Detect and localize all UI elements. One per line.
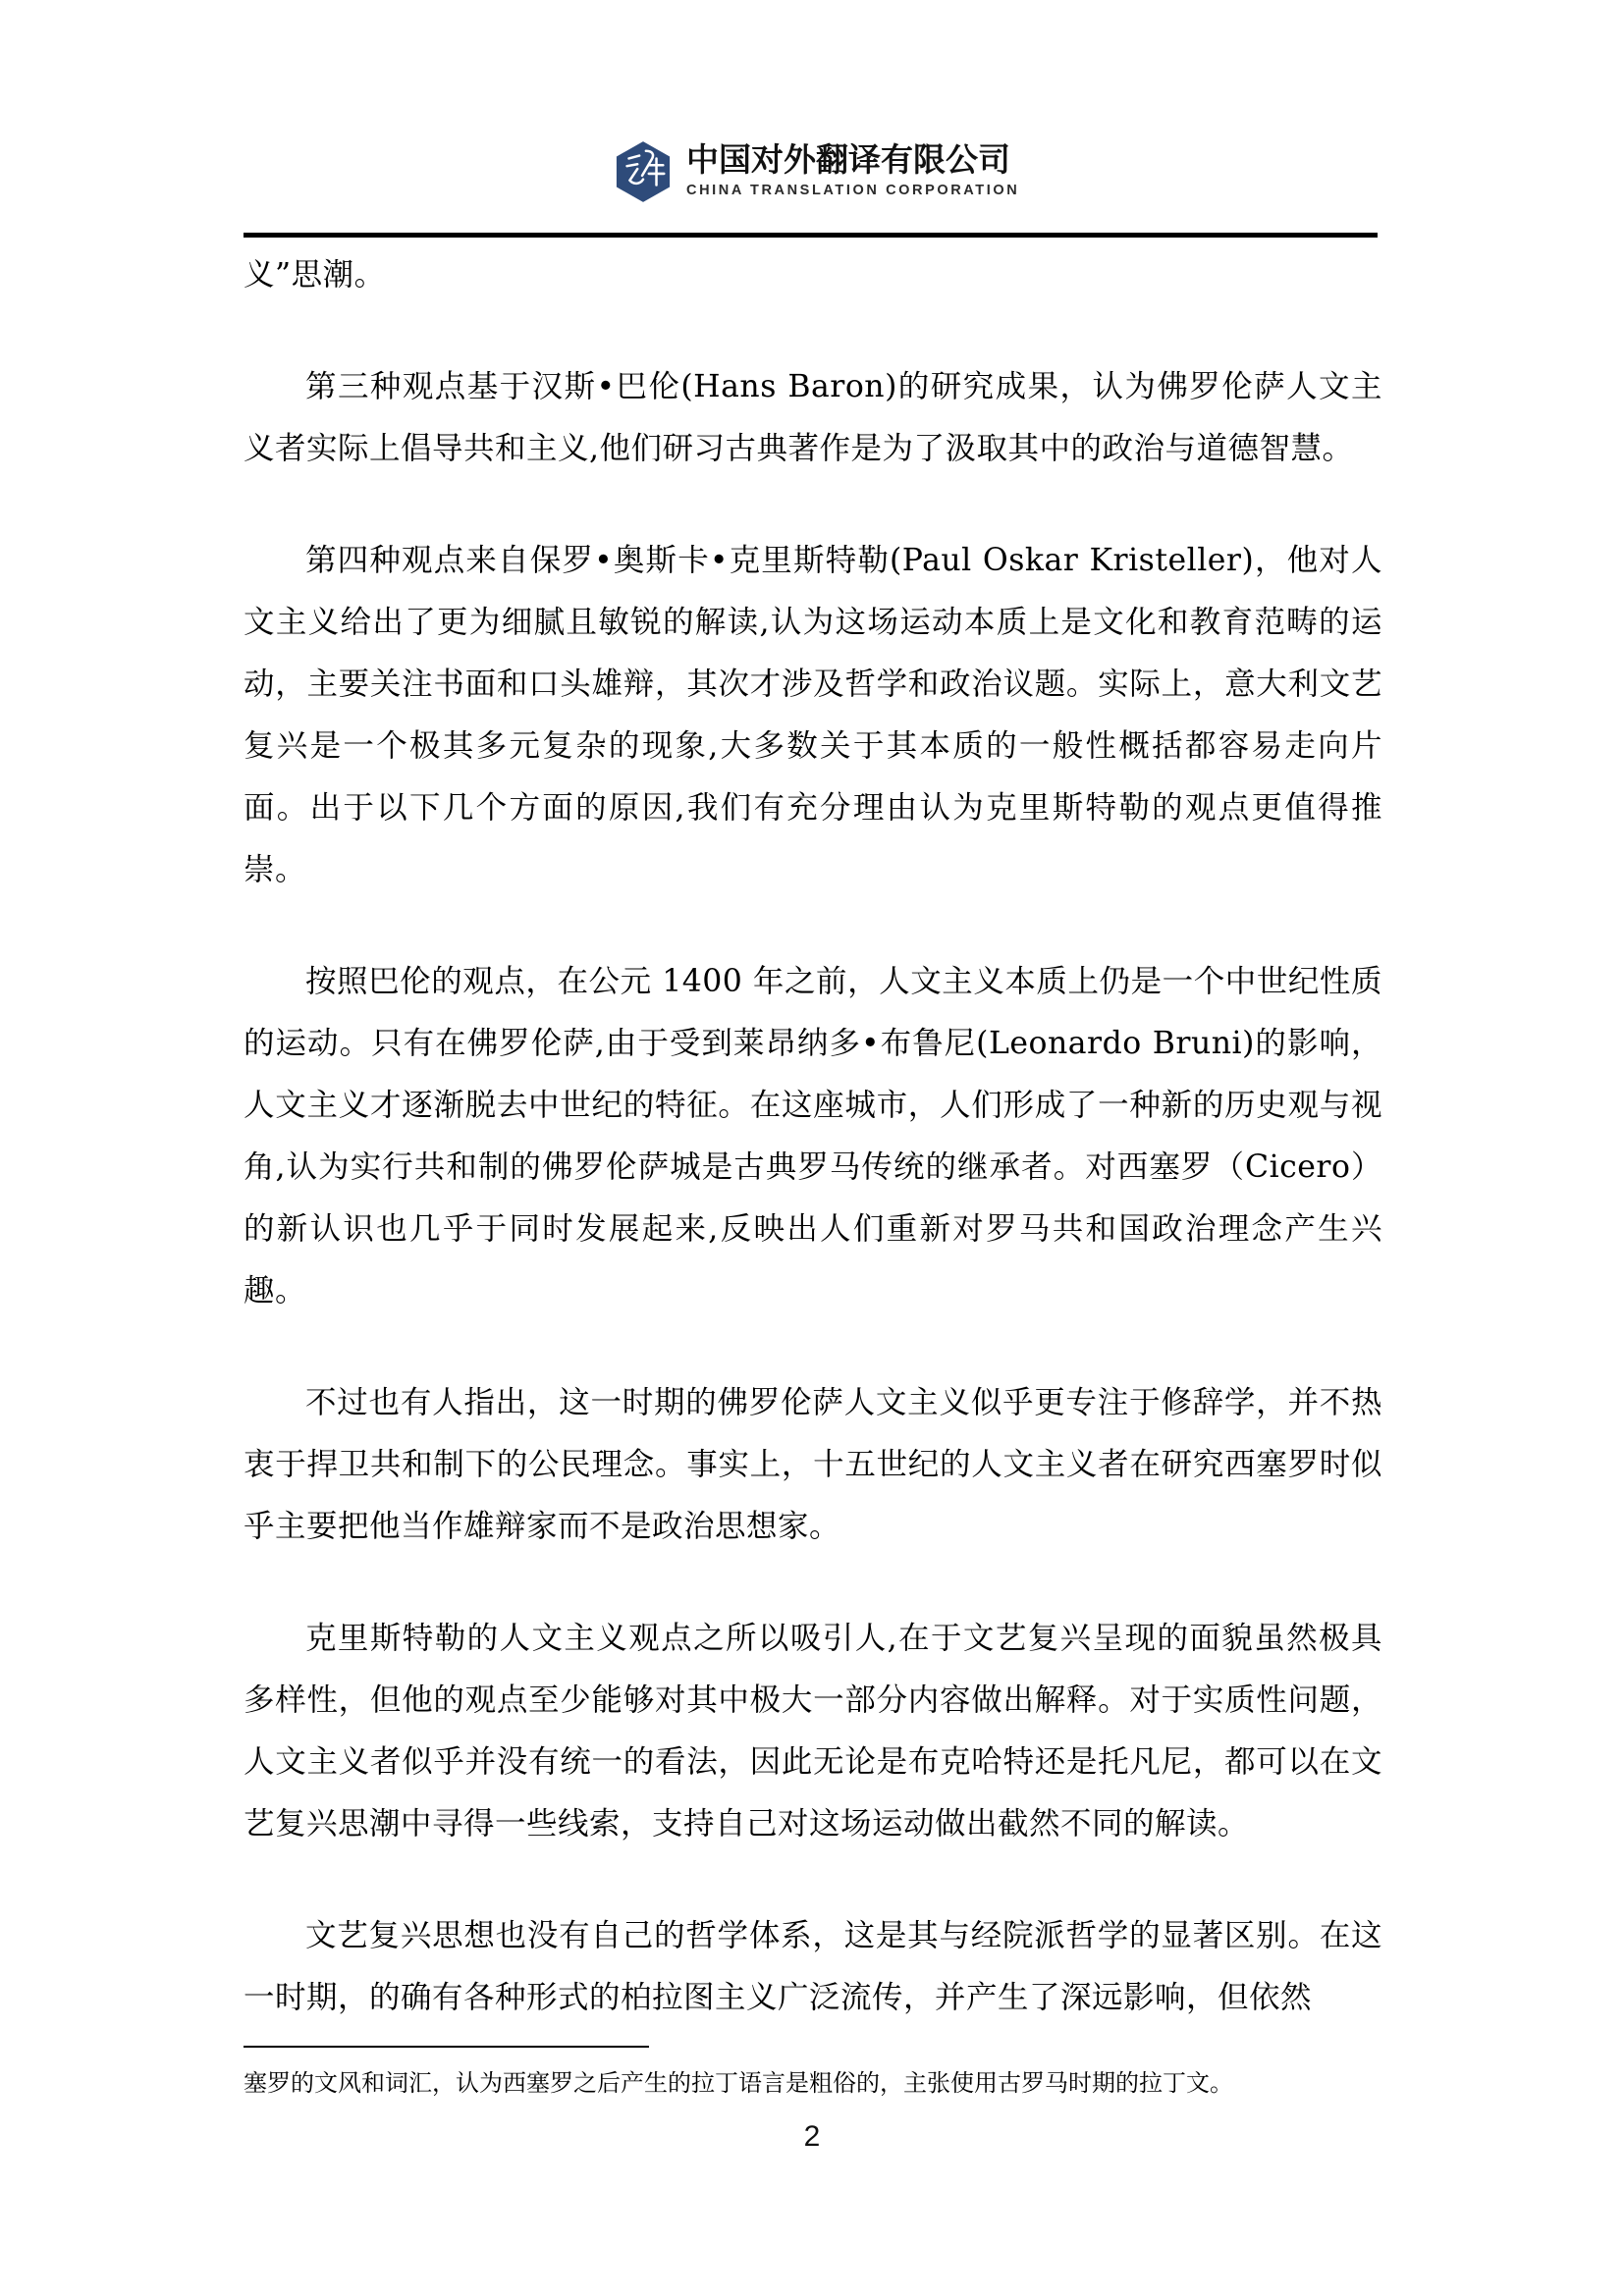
document-page: 中国对外翻译有限公司 CHINA TRANSLATION CORPORATION… xyxy=(0,0,1624,2296)
paragraph: 文艺复兴思想也没有自己的哲学体系，这是其与经院派哲学的显著区别。在这一时期，的确… xyxy=(244,1905,1382,2029)
paragraph: 克里斯特勒的人文主义观点之所以吸引人,在于文艺复兴呈现的面貌虽然极具多样性，但他… xyxy=(244,1608,1382,1855)
header-logo: 中国对外翻译有限公司 CHINA TRANSLATION CORPORATION xyxy=(615,140,1019,203)
document-body: 义”思潮。 第三种观点基于汉斯•巴伦(Hans Baron)的研究成果，认为佛罗… xyxy=(244,238,1382,2029)
footnote-text: 塞罗的文风和词汇，认为西塞罗之后产生的拉丁语言是粗俗的，主张使用古罗马时期的拉丁… xyxy=(244,2065,1382,2101)
paragraph: 不过也有人指出，这一时期的佛罗伦萨人文主义似乎更专注于修辞学，并不热衷于捍卫共和… xyxy=(244,1372,1382,1558)
company-name-en: CHINA TRANSLATION CORPORATION xyxy=(686,183,1019,198)
page-number: 2 xyxy=(0,2120,1624,2154)
company-logo-icon xyxy=(615,140,672,203)
paragraph-continuation: 义”思潮。 xyxy=(244,244,1382,306)
paragraph: 第三种观点基于汉斯•巴伦(Hans Baron)的研究成果，认为佛罗伦萨人文主义… xyxy=(244,356,1382,480)
footnote-separator xyxy=(244,2046,649,2048)
header-logo-text: 中国对外翻译有限公司 CHINA TRANSLATION CORPORATION xyxy=(686,140,1019,198)
company-name-zh: 中国对外翻译有限公司 xyxy=(686,140,1019,180)
paragraph: 按照巴伦的观点，在公元 1400 年之前，人文主义本质上仍是一个中世纪性质的运动… xyxy=(244,951,1382,1322)
paragraph: 第四种观点来自保罗•奥斯卡•克里斯特勒(Paul Oskar Kristelle… xyxy=(244,530,1382,901)
